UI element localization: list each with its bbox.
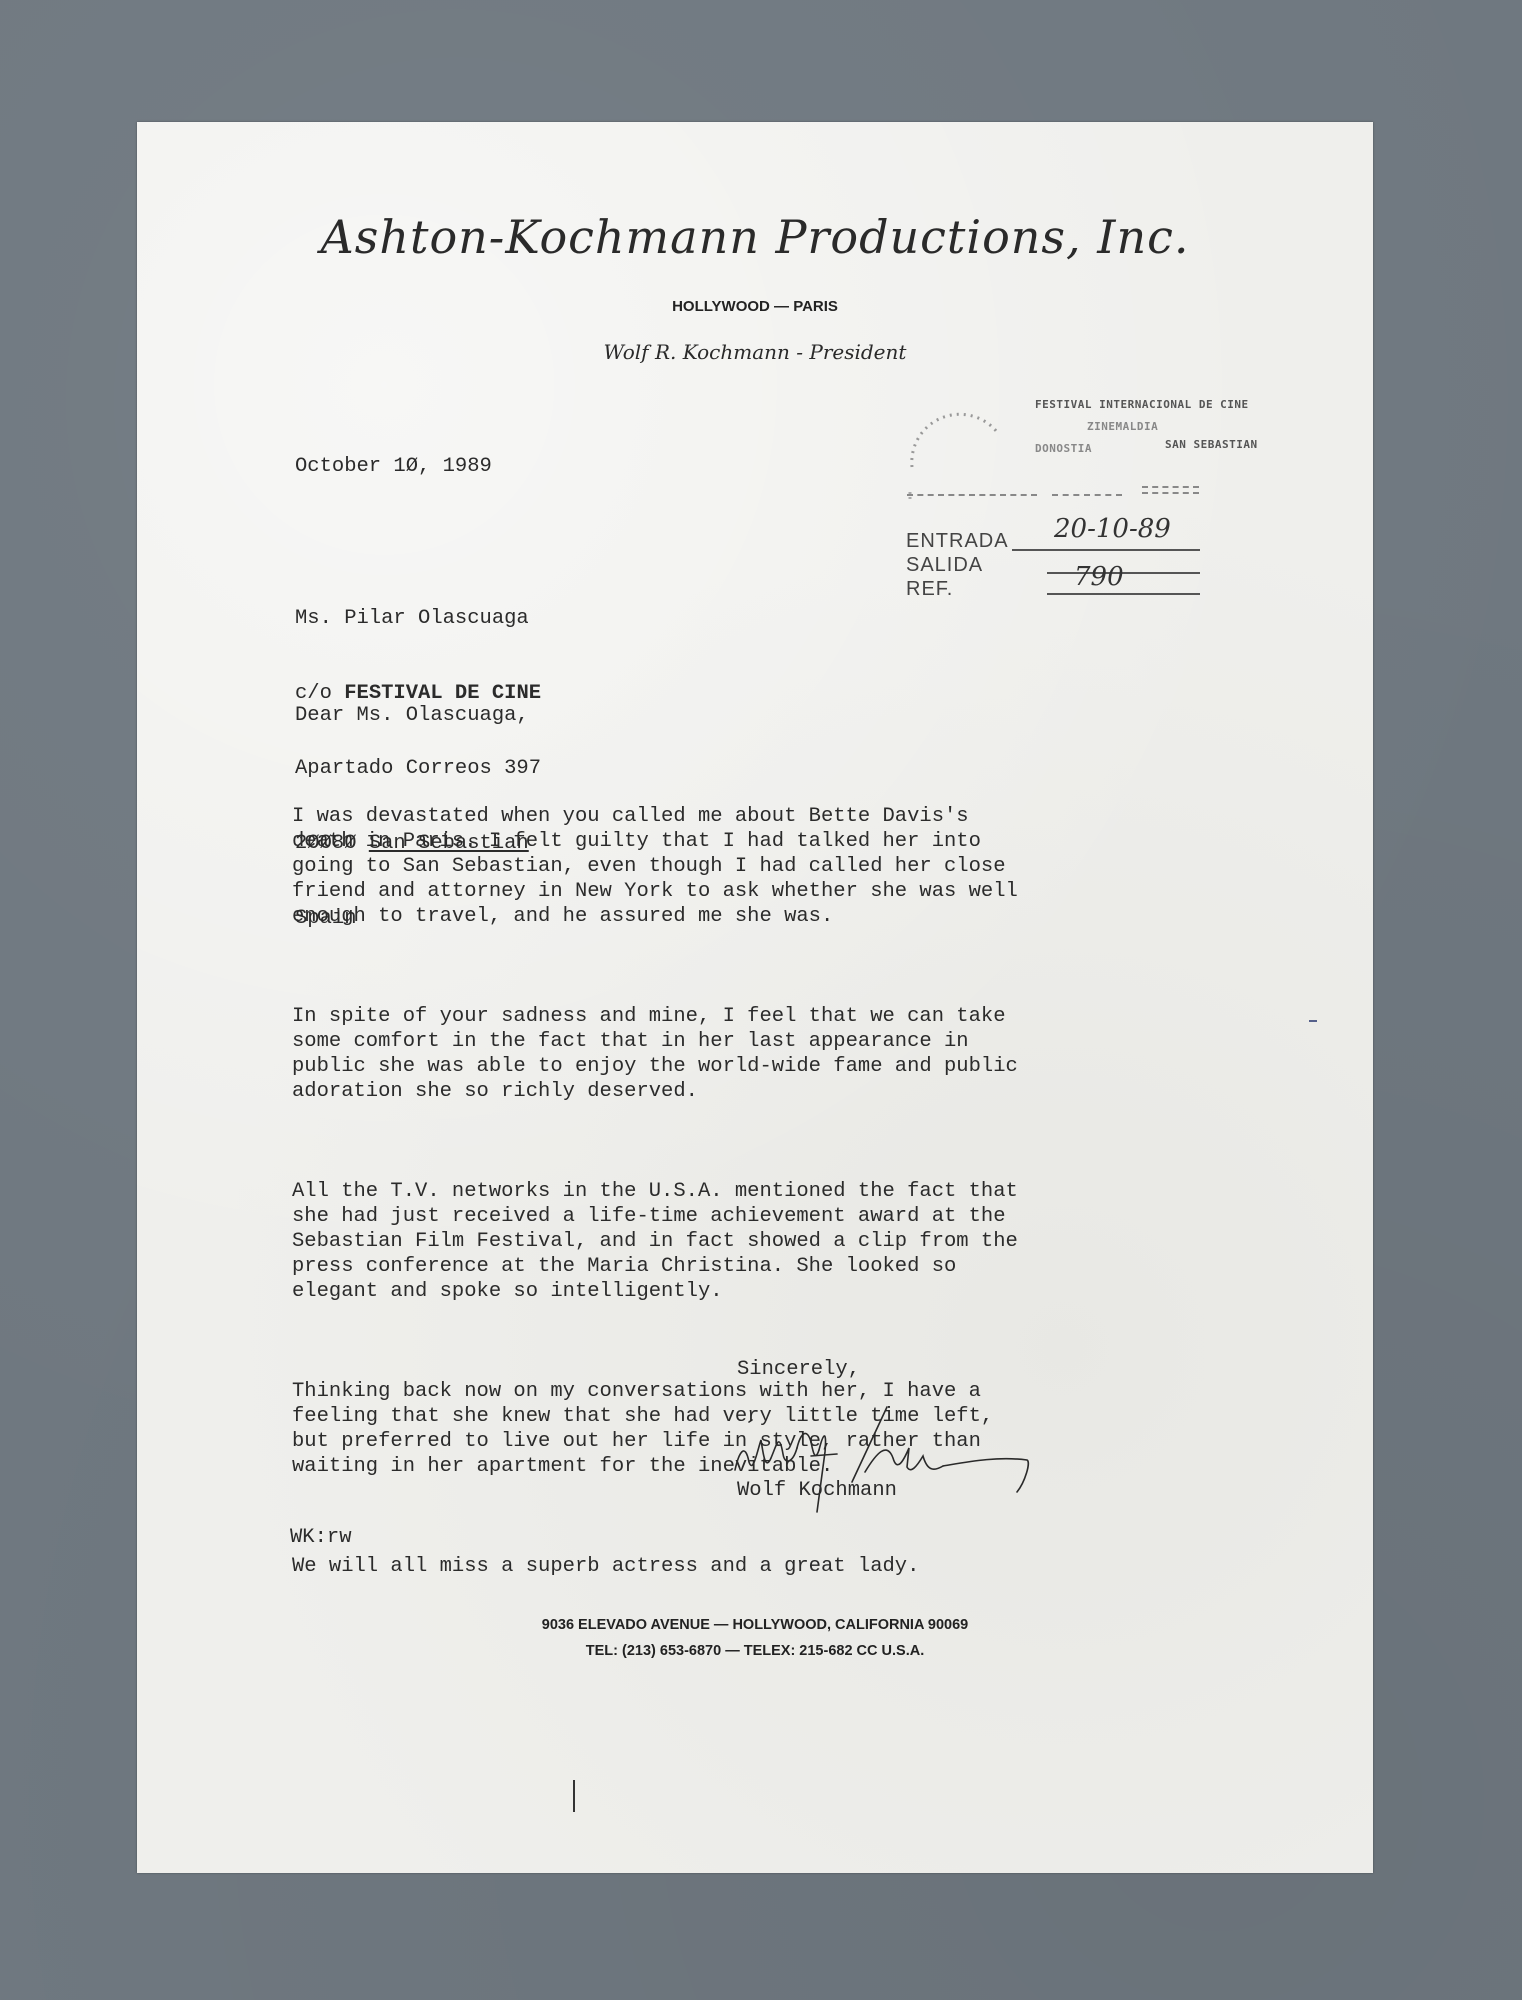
care-of-prefix: c/o (295, 682, 344, 705)
letterhead-cities: HOLLYWOOD — PARIS (137, 298, 1373, 315)
stamp-divider (1142, 486, 1199, 488)
signer-name: Wolf Kochmann (737, 1478, 897, 1503)
stamp-entrada-label: ENTRADA (906, 530, 1009, 553)
letter-date: October 1Ø, 1989 (295, 454, 492, 479)
stamp-title-left: DONOSTIA (1035, 442, 1092, 455)
body-paragraph: I was devastated when you called me abou… (292, 804, 1232, 929)
stamp-divider (907, 494, 1037, 496)
footer-address: 9036 ELEVADO AVENUE — HOLLYWOOD, CALIFOR… (137, 1617, 1373, 1633)
paper-mark (573, 1780, 575, 1812)
body-paragraph: All the T.V. networks in the U.S.A. ment… (292, 1179, 1232, 1304)
stamp-title-line1: FESTIVAL INTERNACIONAL DE CINE (1035, 398, 1249, 411)
stamp-salida-label: SALIDA (906, 554, 983, 577)
stamp-ref-value: 790 (1074, 562, 1124, 592)
letterhead-president: Wolf R. Kochmann - President (137, 340, 1373, 364)
stamp-entrada-line (1012, 549, 1200, 551)
body-paragraph: In spite of your sadness and mine, I fee… (292, 1004, 1232, 1104)
stamp-divider (1052, 494, 1122, 496)
stamp-title-line2: ZINEMALDIA (1087, 420, 1158, 433)
recipient-name: Ms. Pilar Olascuaga (295, 606, 541, 631)
salutation: Dear Ms. Olascuaga, (295, 703, 529, 728)
received-stamp: FESTIVAL INTERNACIONAL DE CINE ZINEMALDI… (902, 392, 1262, 592)
recipient-organization: FESTIVAL DE CINE (344, 682, 541, 705)
body-paragraph: We will all miss a superb actress and a … (292, 1554, 1232, 1579)
paper-mark (1309, 1020, 1317, 1022)
stamp-divider (1142, 492, 1199, 494)
stamp-entrada-value: 20-10-89 (1054, 514, 1171, 544)
company-name: Ashton-Kochmann Productions, Inc. (137, 210, 1373, 264)
stamp-ref-label: REF. (906, 578, 953, 601)
footer-contact: TEL: (213) 653-6870 — TELEX: 215-682 CC … (137, 1643, 1373, 1659)
stamp-ref-line (1047, 593, 1200, 595)
closing: Sincerely, (737, 1357, 860, 1382)
stamp-seal-icon (902, 392, 1012, 502)
letter-page: Ashton-Kochmann Productions, Inc. HOLLYW… (137, 122, 1373, 1873)
reference-initials: WK:rw (290, 1525, 352, 1550)
stamp-title-right: SAN SEBASTIAN (1165, 438, 1258, 451)
